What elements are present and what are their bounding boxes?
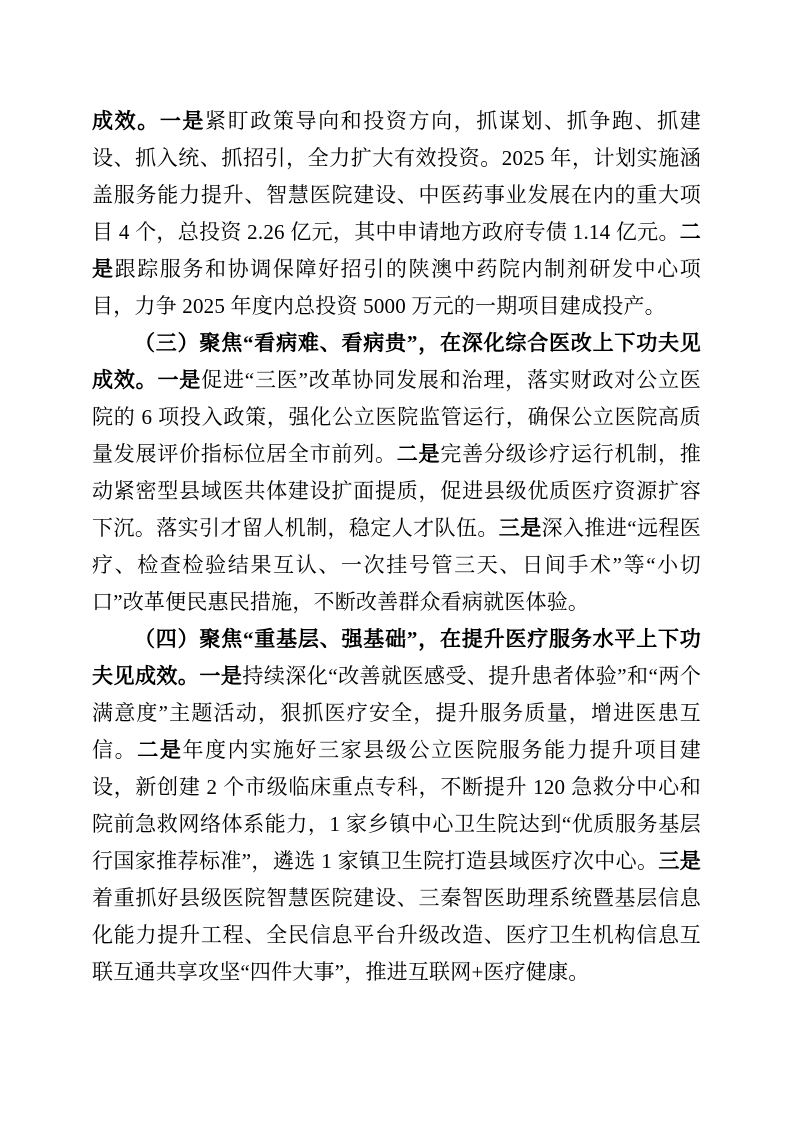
body-text-segment: 着重抓好县级医院智慧医院建设、三秦智医助理系统暨基层信息化能力提升工程、全民信息… <box>92 886 701 984</box>
body-text-segment: 年度内实施好三家县级公立医院服务能力提升项目建设，新创建 2 个市级临床重点专科… <box>92 738 701 873</box>
bold-text-segment: 三是 <box>658 849 701 873</box>
bold-text-segment: 成效。 <box>92 109 160 133</box>
paragraph-section-4: （四）聚焦“重基层、强基础”，在提升医疗服务水平上下功夫见成效。一是持续深化“改… <box>92 621 701 991</box>
body-text-segment: 跟踪服务和协调保障好招引的陕澳中药院内制剂研发中心项目，力争 2025 年度内总… <box>92 257 701 318</box>
document-page: 成效。一是紧盯政策导向和投资方向，抓谋划、抓争跑、抓建设、抓入统、抓招引，全力扩… <box>0 0 793 1122</box>
bold-text-segment: 二是 <box>137 738 182 762</box>
document-body: 成效。一是紧盯政策导向和投资方向，抓谋划、抓争跑、抓建设、抓入统、抓招引，全力扩… <box>92 103 701 991</box>
bold-text-segment: 一是 <box>157 368 201 392</box>
bold-text-segment: 三是 <box>499 516 542 540</box>
paragraph-section-3: （三）聚焦“看病难、看病贵”，在深化综合医改上下功夫见成效。一是促进“三医”改革… <box>92 325 701 621</box>
bold-text-segment: 一是 <box>160 109 205 133</box>
bold-text-segment: 二是 <box>397 442 441 466</box>
bold-text-segment: 一是 <box>199 664 242 688</box>
paragraph-continuation: 成效。一是紧盯政策导向和投资方向，抓谋划、抓争跑、抓建设、抓入统、抓招引，全力扩… <box>92 103 701 325</box>
